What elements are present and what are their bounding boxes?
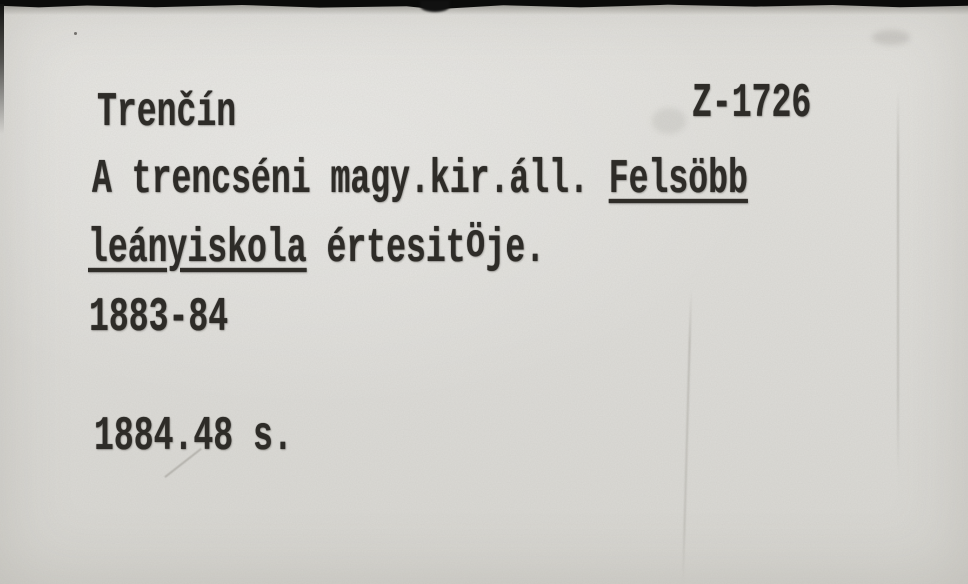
scan-left-edge (0, 4, 4, 134)
paper-crease-left (682, 290, 692, 584)
card-holdings-note: 1884.48 s. (94, 413, 293, 461)
title-suffix-pre: értesit (307, 222, 466, 276)
title-underlined-word-1: Felsöbb (609, 153, 748, 207)
scan-top-edge-blemish (420, 0, 450, 12)
card-year-range: 1883-84 (89, 294, 228, 342)
title-raised-char: ö (466, 217, 486, 271)
title-suffix-post: je. (486, 222, 546, 276)
card-heading-place: Trenčín (97, 89, 236, 137)
card-title-line-1: A trencséni magy.kir.áll. Felsöbb (92, 156, 748, 204)
scanned-catalog-card: Trenčín Z-1726 A trencséni magy.kir.áll.… (0, 0, 968, 584)
paper-crease-right (897, 92, 899, 472)
smudge-middle (652, 108, 686, 134)
card-call-number: Z-1726 (692, 80, 811, 128)
title-underlined-word-2: leányiskola (88, 222, 307, 276)
ink-speck (74, 32, 77, 35)
smudge-top-right (872, 30, 910, 45)
card-title-line-2: leányiskola értesitöje. (88, 225, 545, 273)
title-prefix: A trencséni magy.kir.áll. (92, 153, 609, 207)
